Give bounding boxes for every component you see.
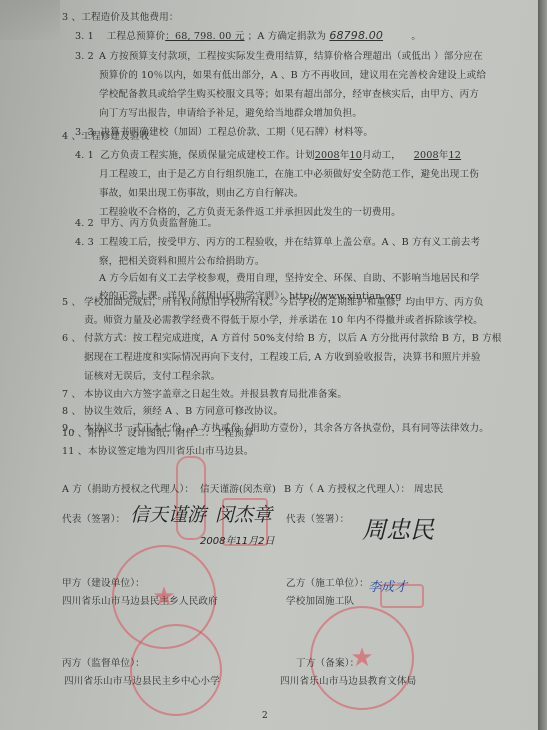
item-4-3-line: A 方今后如有义工去学校参观，费用自理，坚持安全、环保、自助、不影响当地居民和学 <box>99 273 480 285</box>
clause-5-line: 责。师资力量及必需教学经费不得低于原小学，并承诺在 10 年内不得撤并或者拆除该… <box>84 315 483 327</box>
clause-10-number: 10 、 <box>62 428 87 440</box>
page-edge <box>538 0 547 730</box>
clause-6-number: 6 、 <box>62 333 81 345</box>
end-year: 2008 <box>414 150 439 161</box>
item-3-2-line: 向丁方写出报告，申请给予补足，避免给当地群众增加负担。 <box>99 108 362 120</box>
start-year: 2008 <box>315 150 340 161</box>
label: 年 <box>340 150 350 161</box>
donation-value: 68798.00 <box>329 30 411 42</box>
item-number: 4. 1 <box>75 150 94 161</box>
party-b-name: 周忠民 <box>414 484 443 496</box>
item-number: 4. 2 <box>75 218 94 229</box>
item-text: 乙方负责工程实施，保质保量完成建校工作。计划 <box>100 150 314 161</box>
party-a-name: 信天谨游(闵杰章) <box>200 484 276 496</box>
punct: 。 <box>411 31 421 42</box>
clause-8-line: 协议生效后，须经 A 、B 方同意可修改协议。 <box>84 406 283 418</box>
party-jia-name: 四川省乐山市马边县民主乡人民政府 <box>62 596 218 608</box>
clause-10-line: 附件一：设计图纸；附件二：工程预算 <box>88 428 254 440</box>
item-3-2-line: 学校配备教具或给学生购买校服文具等；如果有超出部分，经审查核实后，由甲方、丙方 <box>99 89 479 101</box>
clause-5-number: 5 、 <box>62 297 81 309</box>
label: 年 <box>439 150 449 161</box>
item-text: 甲方、丙方负责监督施工。 <box>100 218 217 229</box>
signature-a2: 闵杰章 <box>215 500 272 527</box>
item-number: 3. 1 <box>75 31 94 42</box>
rep-label-left: 代表（签署）： <box>62 514 125 526</box>
party-yi-name: 学校加固施工队 <box>286 596 354 608</box>
party-bing-label: 丙方（监督单位）： <box>62 658 145 670</box>
item-4-3-line: 工程竣工后，按受甲方、丙方的工程验收，并在结算单上盖公章。A 、B 方有义工前去… <box>99 237 480 249</box>
end-month: 12 <box>449 150 462 161</box>
party-ding-name: 四川省乐山市马边县教育文体局 <box>280 676 416 688</box>
item-4-2: 4. 2 甲方、丙方负责监督施工。 <box>75 218 217 230</box>
item-4-1: 4. 1 乙方负责工程实施，保质保量完成建校工作。计划2008年10月动工， 2… <box>75 150 461 162</box>
start-month: 10 <box>349 150 362 161</box>
signature-yi: 李成才 <box>368 576 407 595</box>
section-4-heading: 4 、工程修建及验收 <box>62 131 149 143</box>
clause-6-line: 证核对无误后，支付工程余款。 <box>84 371 220 383</box>
signature-date: 2008年11月2日 <box>200 532 275 547</box>
party-ding-label: 丁方（备案）： <box>296 658 359 670</box>
budget-label: 工程总预算价 <box>107 31 165 42</box>
item-4-1-line: 事故，如果出现工伤事故，则由乙方自行解决。 <box>99 188 304 200</box>
label: 月动工， <box>362 150 401 161</box>
clause-7-line: 本协议由六方签字盖章之日起生效。并报县教育局批准备案。 <box>84 389 347 401</box>
page-number: 2 <box>262 711 268 721</box>
item-4-3-number: 4. 3 <box>75 237 94 249</box>
clause-11-line: 本协议签定地为四川省乐山市马边县。 <box>88 446 254 458</box>
party-b-label: B 方（ A 方授权之代理人）： <box>284 484 410 496</box>
item-3-2-number: 3. 2 <box>75 51 94 63</box>
clause-6-line: 付款方式：按工程完成进度，A 方首付 50%支付给 B 方，以后 A 方分批再付… <box>84 333 502 345</box>
page-shadow <box>0 0 60 40</box>
party-yi-label: 乙方（施工单位）： <box>286 578 369 590</box>
seal-vertical <box>176 456 206 540</box>
budget-value: ：68, 798. 00 元 <box>165 31 244 42</box>
clause-6-line: 据现在工程进度和实际情况再向下支付，工程竣工后, A 方收到验收报告，决算书和照… <box>84 352 481 364</box>
stamp-school <box>130 624 222 716</box>
item-3-2-line: 预算价的 10％以内，如果有低出部分，A 、B 方不再收回，建议用在完善校舍建设… <box>99 70 486 82</box>
item-3-1: 3. 1 工程总预算价：68, 798. 00 元 ；A 方确定捐款为 6879… <box>75 30 421 43</box>
item-4-3-line: 察，把相关资料和照片公布给捐助方。 <box>99 256 265 268</box>
donation-label: ；A 方确定捐款为 <box>248 31 326 42</box>
party-jia-label: 甲方（建设单位）： <box>62 578 145 590</box>
clause-7-number: 7 、 <box>62 389 81 401</box>
item-3-2-line: A 方按预算支付款项，工程按实际发生费用结算，结算价格合理超出（或低出 ）部分应… <box>99 51 483 63</box>
signature-a1: 信天谨游 <box>130 500 206 527</box>
item-4-1-line: 月工程竣工，由于是乙方自行组织施工，在施工中必须做好安全防范工作，避免出现工伤 <box>99 169 479 181</box>
section-3-heading: 3 、工程造价及其他费用： <box>62 12 179 24</box>
party-bing-name: 四川省乐山市马边县民主乡中心小学 <box>64 676 220 688</box>
signature-b: 周忠民 <box>362 510 434 545</box>
clause-5-line: 学校加固完成后，所有权同原旧学校所有权。今后学校的定期维护和重修，均由甲方、丙方… <box>84 297 484 309</box>
clause-8-number: 8 、 <box>62 406 81 418</box>
party-a-label: A 方（捐助方授权之代理人）： <box>62 484 194 496</box>
clause-11-number: 11 、 <box>62 446 87 458</box>
rep-label-right: 代表（签署）： <box>286 514 349 526</box>
